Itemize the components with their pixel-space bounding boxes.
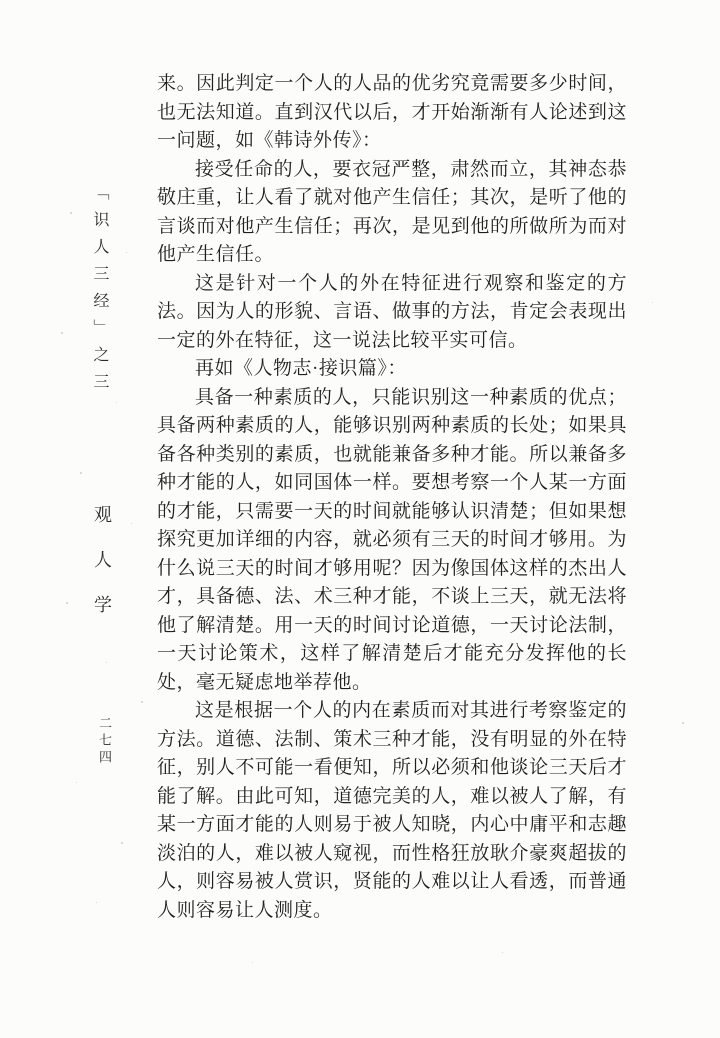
series-title-vertical: 「识人三经」之三 [88, 184, 111, 400]
scan-speck [131, 523, 132, 524]
scan-speck [116, 402, 117, 403]
text-line: 淡泊的人，难以被人窥视，而性格狂放耿介豪爽超拔的 [157, 840, 627, 869]
text-line: 种才能的人，如同国体一样。要想考察一个人某一方面 [157, 469, 627, 498]
text-line: 人则容易让人测度。 [157, 897, 627, 926]
text-line: 也无法知道。直到汉代以后，才开始渐渐有人论述到这 [157, 99, 627, 128]
body-text: 来。因此判定一个人的人品的优劣究竟需要多少时间，也无法知道。直到汉代以后，才开始… [157, 70, 627, 925]
text-line: 探究更加详细的内容，就必须有三天的时间才够用。为 [157, 526, 627, 555]
text-line: 来。因此判定一个人的人品的优劣究竟需要多少时间， [157, 70, 627, 99]
scan-speck [502, 952, 503, 953]
text-line: 人，则容易被人赏识，贤能的人难以让人看透，而普通 [157, 868, 627, 897]
text-line: 敬庄重，让人看了就对他产生信任；其次，是听了他的 [157, 184, 627, 213]
scan-speck [80, 472, 82, 474]
scan-speck [70, 212, 72, 214]
text-line: 法。因为人的形貌、言语、做事的方法，肯定会表现出 [157, 298, 627, 327]
text-line: 征，别人不可能一看便知，所以必须和他谈论三天后才 [157, 754, 627, 783]
scan-speck [106, 662, 107, 663]
text-line: 一问题，如《韩诗外传》： [157, 127, 627, 156]
book-title-vertical: 观人学 [89, 505, 115, 640]
book-page: 「识人三经」之三 观人学 二七四 来。因此判定一个人的人品的优劣究竟需要多少时间… [0, 0, 720, 1038]
scan-speck [61, 332, 63, 334]
scan-speck [96, 902, 97, 903]
text-line: 什么说三天的时间才够用呢？因为像国体这样的杰出人 [157, 555, 627, 584]
text-line: 一定的外在特征，这一说法比较平实可信。 [157, 327, 627, 356]
scan-speck [652, 302, 653, 303]
scan-speck [121, 842, 123, 844]
scan-speck [252, 962, 253, 963]
text-line: 备各种类别的素质，也就能兼备多种才能。所以兼备多 [157, 441, 627, 470]
text-line: 处，毫无疑虑地举荐他。 [157, 669, 627, 698]
page-number-vertical: 二七四 [95, 716, 114, 767]
text-line: 具备一种素质的人，只能识别这一种素质的优点； [157, 384, 627, 413]
text-line: 具备两种素质的人，能够识别两种素质的长处；如果具 [157, 412, 627, 441]
text-line: 言谈而对他产生信任；再次，是见到他的所做所为而对 [157, 213, 627, 242]
text-line: 这是针对一个人的外在特征进行观察和鉴定的方 [157, 270, 627, 299]
text-line: 方法。道德、法制、策术三种才能，没有明显的外在特 [157, 726, 627, 755]
text-line: 的才能，只需要一天的时间就能够认识清楚；但如果想 [157, 498, 627, 527]
scan-speck [126, 252, 127, 253]
text-line: 他产生信任。 [157, 241, 627, 270]
text-line: 能了解。由此可知，道德完美的人，难以被人了解，有 [157, 783, 627, 812]
scan-speck [76, 782, 77, 783]
text-line: 才，具备德、法、术三种才能，不谈上三天，就无法将 [157, 583, 627, 612]
scan-speck [682, 722, 684, 724]
text-line: 再如《人物志·接识篇》： [157, 355, 627, 384]
text-line: 接受任命的人，要衣冠严整，肃然而立，其神态恭 [157, 156, 627, 185]
text-line: 一天讨论策术，这样了解清楚后才能充分发挥他的长 [157, 640, 627, 669]
text-line: 某一方面才能的人则易于被人知晓，内心中庸平和志趣 [157, 811, 627, 840]
scan-speck [66, 602, 68, 604]
text-line: 他了解清楚。用一天的时间讨论道德，一天讨论法制， [157, 612, 627, 641]
text-line: 这是根据一个人的内在素质而对其进行考察鉴定的 [157, 697, 627, 726]
scan-speck [141, 701, 143, 703]
